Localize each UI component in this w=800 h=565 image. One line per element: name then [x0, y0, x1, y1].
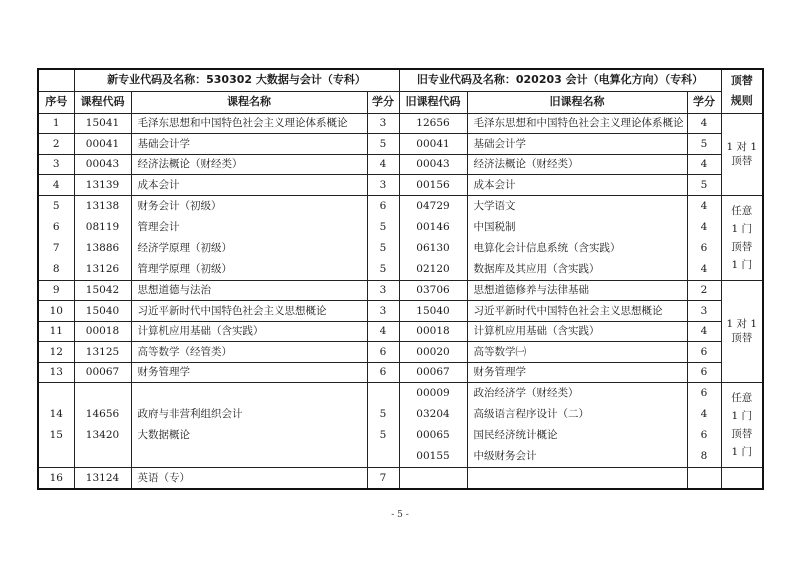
course-replacement-table: 新专业代码及名称：530302 大数据与会计（专科） 旧专业代码及名称：0202…	[37, 68, 764, 490]
table-row: 200041基础会计学500041基础会计学5	[38, 134, 763, 155]
course-code-cell: 15041	[74, 113, 131, 134]
col-old-code-header: 旧课程代码	[399, 91, 467, 113]
course-code-cell: 13138081191388613126	[74, 195, 131, 280]
course-code-cell: 15040	[74, 301, 131, 322]
old-credit-cell: 2	[687, 280, 721, 301]
seq-cell: 2	[38, 134, 74, 155]
old-course-name-cell: 政治经济学（财经类）高级语言程序设计（二）国民经济统计概论中级财务会计	[467, 383, 687, 468]
replacement-rule-cell: 任意1 门顶替1 门	[721, 195, 763, 280]
replacement-rule-cell	[721, 468, 763, 489]
replacement-rule-cell: 1 对 1顶替	[721, 113, 763, 195]
stack-item: 04729	[400, 196, 467, 217]
old-course-name-cell: 经济法概论（财经类）	[467, 154, 687, 175]
old-course-code-cell: 00156	[399, 175, 467, 196]
seq-cell: 9	[38, 280, 74, 301]
stack-item: 4	[688, 404, 721, 425]
stack-item: 6	[688, 383, 721, 404]
course-code-cell: 13124	[74, 468, 131, 489]
old-course-name-cell: 思想道德修养与法律基础	[467, 280, 687, 301]
old-course-name-cell: 高等数学㈠	[467, 342, 687, 363]
stack-item: 5	[368, 238, 399, 259]
stack-item: 财务会计（初级）	[138, 196, 367, 217]
replacement-rule-cell: 任意1 门顶替1 门	[721, 383, 763, 468]
rule-line: 顶替	[722, 331, 763, 345]
old-course-code-cell: 04729001460613002120	[399, 195, 467, 280]
stack-item: 8	[688, 446, 721, 467]
course-code-cell: 00018	[74, 321, 131, 342]
course-code-cell: 15042	[74, 280, 131, 301]
rule-line: 1 门	[722, 407, 763, 425]
stack-item: 中国税制	[474, 217, 687, 238]
stack-item: 管理会计	[138, 217, 367, 238]
seq-cell: 12	[38, 342, 74, 363]
rule-line: 顶替	[722, 154, 763, 168]
stack-item: 大学语文	[474, 196, 687, 217]
stack-item: 政治经济学（财经类）	[474, 383, 687, 404]
stack-item: 13138	[75, 196, 131, 217]
stack-item: 大数据概论	[138, 425, 367, 446]
rule-line: 1 门	[722, 220, 763, 238]
old-course-code-cell: 00043	[399, 154, 467, 175]
stack-item: 00146	[400, 217, 467, 238]
course-name-cell: 高等数学（经管类）	[131, 342, 367, 363]
rule-header-line-2: 规则	[722, 91, 763, 111]
old-course-code-cell: 15040	[399, 301, 467, 322]
stack-item: 4	[688, 217, 721, 238]
course-name-cell: 财务会计（初级）管理会计经济学原理（初级）管理学原理（初级）	[131, 195, 367, 280]
col-old-name-header: 旧课程名称	[467, 91, 687, 113]
old-credit-cell: 5	[687, 134, 721, 155]
course-name-cell: 经济法概论（财经类）	[131, 154, 367, 175]
stack-item: 02120	[400, 259, 467, 280]
credit-cell: 3	[367, 175, 399, 196]
stack-item: 00065	[400, 425, 467, 446]
stack-item: 5	[39, 196, 74, 217]
course-name-cell-stack: 财务会计（初级）管理会计经济学原理（初级）管理学原理（初级）	[138, 196, 367, 280]
seq-cell: 5678	[38, 195, 74, 280]
stack-item: 5	[368, 217, 399, 238]
table-row: 1015040习近平新时代中国特色社会主义思想概论315040习近平新时代中国特…	[38, 301, 763, 322]
course-code-cell: 13139	[74, 175, 131, 196]
stack-item: 6	[688, 238, 721, 259]
col-old-credit-header: 学分	[687, 91, 721, 113]
replacement-rule-cell: 1 对 1顶替	[721, 280, 763, 383]
old-course-name-cell: 大学语文中国税制电算化会计信息系统（含实践）数据库及其应用（含实践）	[467, 195, 687, 280]
old-credit-cell: 4	[687, 321, 721, 342]
new-major-header: 新专业代码及名称：530302 大数据与会计（专科）	[74, 69, 399, 91]
rule-line: 顶替	[722, 425, 763, 443]
stack-item: 6	[368, 196, 399, 217]
old-credit-cell	[687, 468, 721, 489]
credit-cell: 3	[367, 280, 399, 301]
stack-item: 中级财务会计	[474, 446, 687, 467]
table-row: 1100018计算机应用基础（含实践）400018计算机应用基础（含实践）4	[38, 321, 763, 342]
old-major-header: 旧专业代码及名称：020203 会计（电算化方向）（专科）	[399, 69, 721, 91]
old-course-name-cell: 财务管理学	[467, 362, 687, 383]
stack-item: 管理学原理（初级）	[138, 259, 367, 280]
stack-item: 政府与非营利组织会计	[138, 404, 367, 425]
course-name-cell: 成本会计	[131, 175, 367, 196]
seq-cell: 3	[38, 154, 74, 175]
credit-cell-stack: 55	[368, 404, 399, 446]
old-credit-cell: 3	[687, 301, 721, 322]
credit-cell-stack: 6555	[368, 196, 399, 280]
course-code-cell: 1465613420	[74, 383, 131, 468]
stack-item: 00009	[400, 383, 467, 404]
stack-item: 国民经济统计概论	[474, 425, 687, 446]
credit-cell: 4	[367, 154, 399, 175]
old-course-code-cell: 00067	[399, 362, 467, 383]
page-number: - 5 -	[0, 510, 800, 520]
old-credit-cell: 6	[687, 362, 721, 383]
old-course-code-cell: 00020	[399, 342, 467, 363]
table-row-group: 14151465613420政府与非营利组织会计大数据概论55000090320…	[38, 383, 763, 468]
rule-header-line-1: 顶替	[722, 71, 763, 91]
stack-item: 5	[368, 259, 399, 280]
old-course-name-cell-stack: 大学语文中国税制电算化会计信息系统（含实践）数据库及其应用（含实践）	[474, 196, 687, 280]
table-row: 1213125高等数学（经管类）600020高等数学㈠6	[38, 342, 763, 363]
old-course-name-cell: 毛泽东思想和中国特色社会主义理论体系概论	[467, 113, 687, 134]
credit-cell: 6	[367, 342, 399, 363]
old-course-code-cell: 00009032040006500155	[399, 383, 467, 468]
stack-item: 00155	[400, 446, 467, 467]
old-course-code-cell: 00018	[399, 321, 467, 342]
old-course-name-cell: 基础会计学	[467, 134, 687, 155]
corner-blank-cell	[38, 69, 74, 91]
stack-item: 06130	[400, 238, 467, 259]
stack-item: 6	[688, 425, 721, 446]
course-name-cell: 毛泽东思想和中国特色社会主义理论体系概论	[131, 113, 367, 134]
course-name-cell: 财务管理学	[131, 362, 367, 383]
course-name-cell-stack: 政府与非营利组织会计大数据概论	[138, 404, 367, 446]
stack-item: 4	[688, 259, 721, 280]
stack-item: 4	[688, 196, 721, 217]
seq-cell: 1415	[38, 383, 74, 468]
old-credit-cell-stack: 6468	[688, 383, 721, 467]
old-credit-cell: 4464	[687, 195, 721, 280]
credit-cell: 3	[367, 301, 399, 322]
seq-cell: 10	[38, 301, 74, 322]
old-course-code-cell-stack: 04729001460613002120	[400, 196, 467, 280]
credit-cell: 55	[367, 383, 399, 468]
table-row-group: 567813138081191388613126财务会计（初级）管理会计经济学原…	[38, 195, 763, 280]
rule-line: 任意	[722, 389, 763, 407]
course-code-cell: 00067	[74, 362, 131, 383]
rule-line: 顶替	[722, 238, 763, 256]
seq-cell-stack: 1415	[39, 404, 74, 446]
stack-item: 6	[39, 217, 74, 238]
credit-cell: 6555	[367, 195, 399, 280]
old-credit-cell: 4	[687, 154, 721, 175]
stack-item: 7	[39, 238, 74, 259]
col-credit-header: 学分	[367, 91, 399, 113]
old-course-name-cell: 计算机应用基础（含实践）	[467, 321, 687, 342]
old-credit-cell: 6468	[687, 383, 721, 468]
stack-item: 13420	[75, 425, 131, 446]
seq-cell: 1	[38, 113, 74, 134]
stack-item: 高级语言程序设计（二）	[474, 404, 687, 425]
stack-item: 08119	[75, 217, 131, 238]
credit-cell: 4	[367, 321, 399, 342]
rule-line: 1 门	[722, 256, 763, 274]
old-course-name-cell: 习近平新时代中国特色社会主义思想概论	[467, 301, 687, 322]
old-credit-cell-stack: 4464	[688, 196, 721, 280]
stack-item: 14656	[75, 404, 131, 425]
credit-cell: 5	[367, 134, 399, 155]
old-course-name-cell	[467, 468, 687, 489]
table-row: 413139成本会计300156成本会计5	[38, 175, 763, 196]
seq-cell-stack: 5678	[39, 196, 74, 280]
old-course-code-cell: 12656	[399, 113, 467, 134]
old-credit-cell: 4	[687, 113, 721, 134]
course-code-cell: 00043	[74, 154, 131, 175]
stack-item: 5	[368, 404, 399, 425]
course-name-cell: 习近平新时代中国特色社会主义思想概论	[131, 301, 367, 322]
stack-item: 03204	[400, 404, 467, 425]
old-course-code-cell-stack: 00009032040006500155	[400, 383, 467, 467]
old-course-name-cell: 成本会计	[467, 175, 687, 196]
course-code-cell: 13125	[74, 342, 131, 363]
stack-item: 电算化会计信息系统（含实践）	[474, 238, 687, 259]
stack-item: 5	[368, 425, 399, 446]
col-seq-header: 序号	[38, 91, 74, 113]
old-course-name-cell-stack: 政治经济学（财经类）高级语言程序设计（二）国民经济统计概论中级财务会计	[474, 383, 687, 467]
old-credit-cell: 6	[687, 342, 721, 363]
course-name-cell: 计算机应用基础（含实践）	[131, 321, 367, 342]
table-row: 300043经济法概论（财经类）400043经济法概论（财经类）4	[38, 154, 763, 175]
rule-column-header: 顶替 规则	[721, 69, 763, 113]
course-name-cell: 思想道德与法治	[131, 280, 367, 301]
stack-item: 经济学原理（初级）	[138, 238, 367, 259]
stack-item: 13886	[75, 238, 131, 259]
old-credit-cell: 5	[687, 175, 721, 196]
seq-cell: 11	[38, 321, 74, 342]
stack-item: 13126	[75, 259, 131, 280]
rule-line: 1 对 1	[722, 140, 763, 154]
course-code-cell: 00041	[74, 134, 131, 155]
old-course-code-cell: 00041	[399, 134, 467, 155]
stack-item: 8	[39, 259, 74, 280]
rule-line: 任意	[722, 202, 763, 220]
table-row: 1613124英语（专）7	[38, 468, 763, 489]
col-name-header: 课程名称	[131, 91, 367, 113]
stack-item: 15	[39, 425, 74, 446]
table-row: 915042思想道德与法治303706思想道德修养与法律基础21 对 1顶替	[38, 280, 763, 301]
course-name-cell: 基础会计学	[131, 134, 367, 155]
credit-cell: 7	[367, 468, 399, 489]
credit-cell: 6	[367, 362, 399, 383]
rule-line: 1 对 1	[722, 317, 763, 331]
table-row: 115041毛泽东思想和中国特色社会主义理论体系概论312656毛泽东思想和中国…	[38, 113, 763, 134]
stack-item: 14	[39, 404, 74, 425]
col-code-header: 课程代码	[74, 91, 131, 113]
course-code-cell-stack: 13138081191388613126	[75, 196, 131, 280]
table-row: 1300067财务管理学600067财务管理学6	[38, 362, 763, 383]
old-course-code-cell: 03706	[399, 280, 467, 301]
stack-item: 数据库及其应用（含实践）	[474, 259, 687, 280]
course-name-cell: 政府与非营利组织会计大数据概论	[131, 383, 367, 468]
seq-cell: 16	[38, 468, 74, 489]
seq-cell: 13	[38, 362, 74, 383]
course-code-cell-stack: 1465613420	[75, 404, 131, 446]
rule-line: 1 门	[722, 443, 763, 461]
credit-cell: 3	[367, 113, 399, 134]
course-name-cell: 英语（专）	[131, 468, 367, 489]
seq-cell: 4	[38, 175, 74, 196]
old-course-code-cell	[399, 468, 467, 489]
